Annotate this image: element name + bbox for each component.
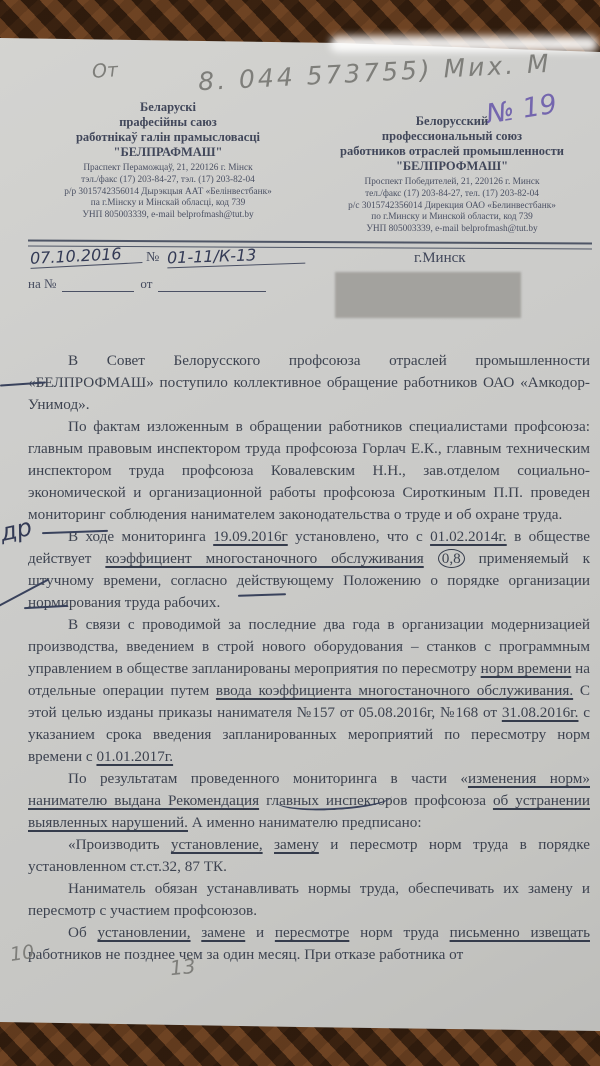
paragraph-text: По фактам изложенным в обращении работни… <box>28 418 590 523</box>
underlined-date: 19.09.2016г <box>213 528 288 545</box>
reference-line-2: на № от <box>28 276 266 292</box>
address-line: УНП 805003339, e-mail belprofmash@tut.by <box>310 224 594 236</box>
org-name-line: работнікаў галін прамысловасці <box>26 130 310 145</box>
paragraph-3: В ходе мониторинга 19.09.2016г установле… <box>28 526 590 614</box>
underlined-date: 01.02.2014г. <box>430 528 507 545</box>
address-line: р/с 3015742356014 Дирекция ОАО «Белинвес… <box>310 201 594 213</box>
address-line: Праспект Пераможцаў, 21, 220126 г. Мінск <box>26 163 310 175</box>
paragraph-text: Наниматель обязан устанавливать нормы тр… <box>28 880 590 919</box>
paragraph-text <box>263 836 274 853</box>
underlined-term: норм времени <box>481 660 572 677</box>
underlined-term: коэффициент многостаночного обслуживания <box>105 550 423 567</box>
underlined-term: письменно извещать <box>450 924 590 941</box>
org-name-line: Белорусский <box>310 114 594 129</box>
city-label: г.Минск <box>414 250 466 267</box>
letterhead: Беларускі прафесійны саюз работнікаў гал… <box>26 100 594 236</box>
paper-edge-glare <box>330 36 598 52</box>
paragraph-text: норм труда <box>349 924 449 941</box>
underlined-term: пересмотре <box>275 924 349 941</box>
org-name-line: профессиональный союз <box>310 129 594 144</box>
ref-blank-line <box>158 291 266 292</box>
paragraph-text <box>191 924 202 941</box>
underlined-term: замене <box>201 924 245 941</box>
org-name-line: Беларускі <box>26 100 310 115</box>
underlined-term: изменения норм» <box>468 770 590 787</box>
paragraph-1: В Совет Белорусского профсоюза отраслей … <box>28 350 590 416</box>
pencil-note-13: 13 <box>169 954 197 981</box>
pencil-note-10: 10. <box>9 940 42 966</box>
letterhead-left: Беларускі прафесійны саюз работнікаў гал… <box>26 100 310 236</box>
org-name-line: "БЕЛПРАФМАШ" <box>26 145 310 160</box>
ref-ot-label: от <box>140 276 152 292</box>
org-name-line: прафесійны саюз <box>26 115 310 130</box>
paragraph-text: и <box>245 924 275 941</box>
ref-na-no-label: на № <box>28 276 56 292</box>
org-name-line: "БЕЛПРОФМАШ" <box>310 159 594 174</box>
circled-coefficient: 0,8 <box>438 549 465 568</box>
ref-date-handwritten: 07.10.2016 <box>30 243 143 269</box>
address-line: тел./факс (17) 203-84-27, тел. (17) 203-… <box>310 189 594 201</box>
document-body: В Совет Белорусского профсоюза отраслей … <box>28 350 590 966</box>
underlined-term: ввода коэффициента многостаночного обслу… <box>216 682 573 699</box>
paragraph-text: В Совет Белорусского профсоюза отраслей … <box>28 352 590 413</box>
address-line: тэл./факс (17) 203-84-27, тэл. (17) 203-… <box>26 175 310 187</box>
pencil-note-ot: От <box>91 59 119 83</box>
address-line: па г.Мінску и Мінскай обласці, код 739 <box>26 198 310 210</box>
paragraph-text: Об <box>68 924 97 941</box>
underlined-term: установлении, <box>97 924 190 941</box>
address-line: р/р 3015742356014 Дырэкцыя ААТ «Белінвес… <box>26 187 310 199</box>
address-block: Праспект Пераможцаў, 21, 220126 г. Мінск… <box>26 163 310 222</box>
address-block: Проспект Победителей, 21, 220126 г. Минс… <box>310 177 594 236</box>
paragraph-text: установлено, что с <box>288 528 430 545</box>
paragraph-7: Наниматель обязан устанавливать нормы тр… <box>28 878 590 922</box>
paragraph-4: В связи с проводимой за последние два го… <box>28 614 590 768</box>
address-line: Проспект Победителей, 21, 220126 г. Минс… <box>310 177 594 189</box>
paragraph-2: По фактам изложенным в обращении работни… <box>28 416 590 526</box>
underlined-date: 31.08.2016г. <box>502 704 579 721</box>
paragraph-text: «Производить <box>68 836 171 853</box>
paragraph-text: А именно нанимателю предписано: <box>188 814 422 831</box>
paragraph-text: работников не позднее чем за один месяц.… <box>28 946 463 963</box>
letterhead-right: Белорусский профессиональный союз работн… <box>310 100 594 236</box>
ref-number-handwritten: 01-11/К-13 <box>167 244 306 269</box>
paragraph-6: «Производить установление, замену и пере… <box>28 834 590 878</box>
address-line: УНП 805003339, e-mail belprofmash@tut.by <box>26 210 310 222</box>
photo-background: От 8. 044 573755) Мих. М № 19 Беларускі … <box>0 0 600 1066</box>
reference-line-1: 07.10.2016 № 01-11/К-13 <box>30 246 305 266</box>
paragraph-text: По результатам проведенного мониторинга … <box>68 770 468 787</box>
org-name-line: работников отраслей промышленности <box>310 144 594 159</box>
underlined-term: установление, <box>171 836 263 853</box>
underlined-date: 01.01.2017г. <box>96 748 173 765</box>
ref-no-symbol: № <box>146 250 159 266</box>
address-line: по г.Минску и Минской области, код 739 <box>310 212 594 224</box>
underlined-term: замену <box>274 836 319 853</box>
underlined-term: нанимателю выдана Рекомендация <box>28 792 259 809</box>
ref-blank-line <box>62 291 134 292</box>
paragraph-text <box>424 550 438 567</box>
redaction-box <box>335 272 521 318</box>
paragraph-8: Об установлении, замене и пересмотре нор… <box>28 922 590 966</box>
